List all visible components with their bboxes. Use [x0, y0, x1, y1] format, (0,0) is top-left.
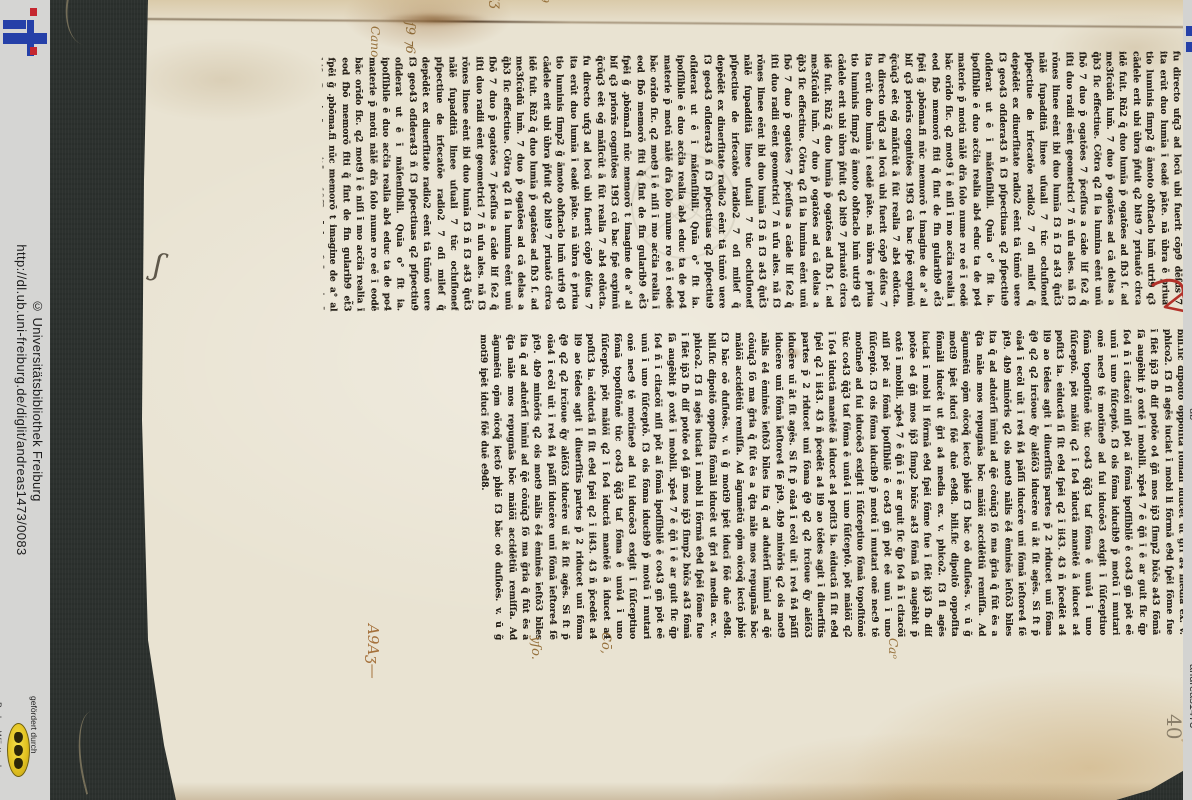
leaf-edge-bottom-left: [67, 709, 117, 794]
scanner-background: fu directo ufq3 ad locū ubi fuerit cōp9 …: [50, 0, 1183, 800]
funding-label: gefördert durch: [29, 696, 39, 754]
logo-red-square: [30, 8, 37, 16]
leaf-edge-top-left: [55, 0, 110, 49]
column-one-text: fu directo ufq3 ad locū ubi fuerit cōp9 …: [322, 51, 1184, 312]
column-two-rotated: bili.ſic dipoitō oppoſita fōmāli iducēt …: [334, 329, 1188, 644]
ub-freiburg-logo-icon: [0, 4, 50, 66]
digitized-book-viewer: fu directo ufq3 ad locū ubi fuerit cōp9 …: [0, 0, 1192, 800]
lion-figure: [14, 732, 23, 743]
clipped-sidebar-text: ub: [1187, 408, 1192, 420]
marginalia-bottom-mid-1: yſo.: [528, 636, 543, 660]
lion-figure: [14, 745, 23, 756]
source-url-text: http://dl.ub.uni-freiburg.de/diglit/andr…: [14, 244, 29, 555]
marginalia-bottom-left: A9Aʒ—: [364, 624, 382, 679]
funding-region-text: Baden-Württemberg: [0, 702, 3, 783]
logo-red-square: [30, 47, 37, 55]
marginalia-top-edge-1: ʒʒ: [488, 0, 504, 9]
copyright-text: © Universitätsbibliothek Freiburg: [30, 298, 45, 501]
marginalia-top-2: ſ9 ⁊6: [402, 22, 417, 54]
marginalia-bottom-mid-2: Cō,: [598, 632, 613, 654]
right-info-bar-clipped: ub andreas1473: [1183, 0, 1192, 800]
clipped-logo-blue-square: [1186, 42, 1192, 52]
marginalia-top-1: Cano: [368, 26, 382, 57]
marginalia-bottom-right: Caᵒ: [886, 638, 900, 659]
column-two-text: bili.ſic dipoitō oppoſita fōmāli iducēt …: [475, 329, 1188, 641]
print-text-block: fu directo ufq3 ad locū ubi fuerit cōp9 …: [83, 0, 1192, 800]
lion-figure: [14, 758, 23, 769]
clipped-logo-blue-square: [1186, 26, 1192, 36]
baden-wuerttemberg-coat-of-arms-icon: [7, 723, 30, 777]
left-info-bar: http://dl.ub.uni-freiburg.de/diglit/andr…: [0, 0, 50, 800]
clipped-sidebar-text: andreas1473: [1187, 664, 1192, 728]
column-one-rotated: fu directo ufq3 ad locū ubi fuerit cōp9 …: [322, 51, 1184, 314]
marginalia-top-edge-2: 9: [538, 0, 551, 3]
logo-blue-bar: [3, 33, 47, 44]
logo-blue-bar: [3, 20, 26, 29]
book-page-scan: fu directo ufq3 ad locū ubi fuerit cōp9 …: [86, 0, 1192, 800]
